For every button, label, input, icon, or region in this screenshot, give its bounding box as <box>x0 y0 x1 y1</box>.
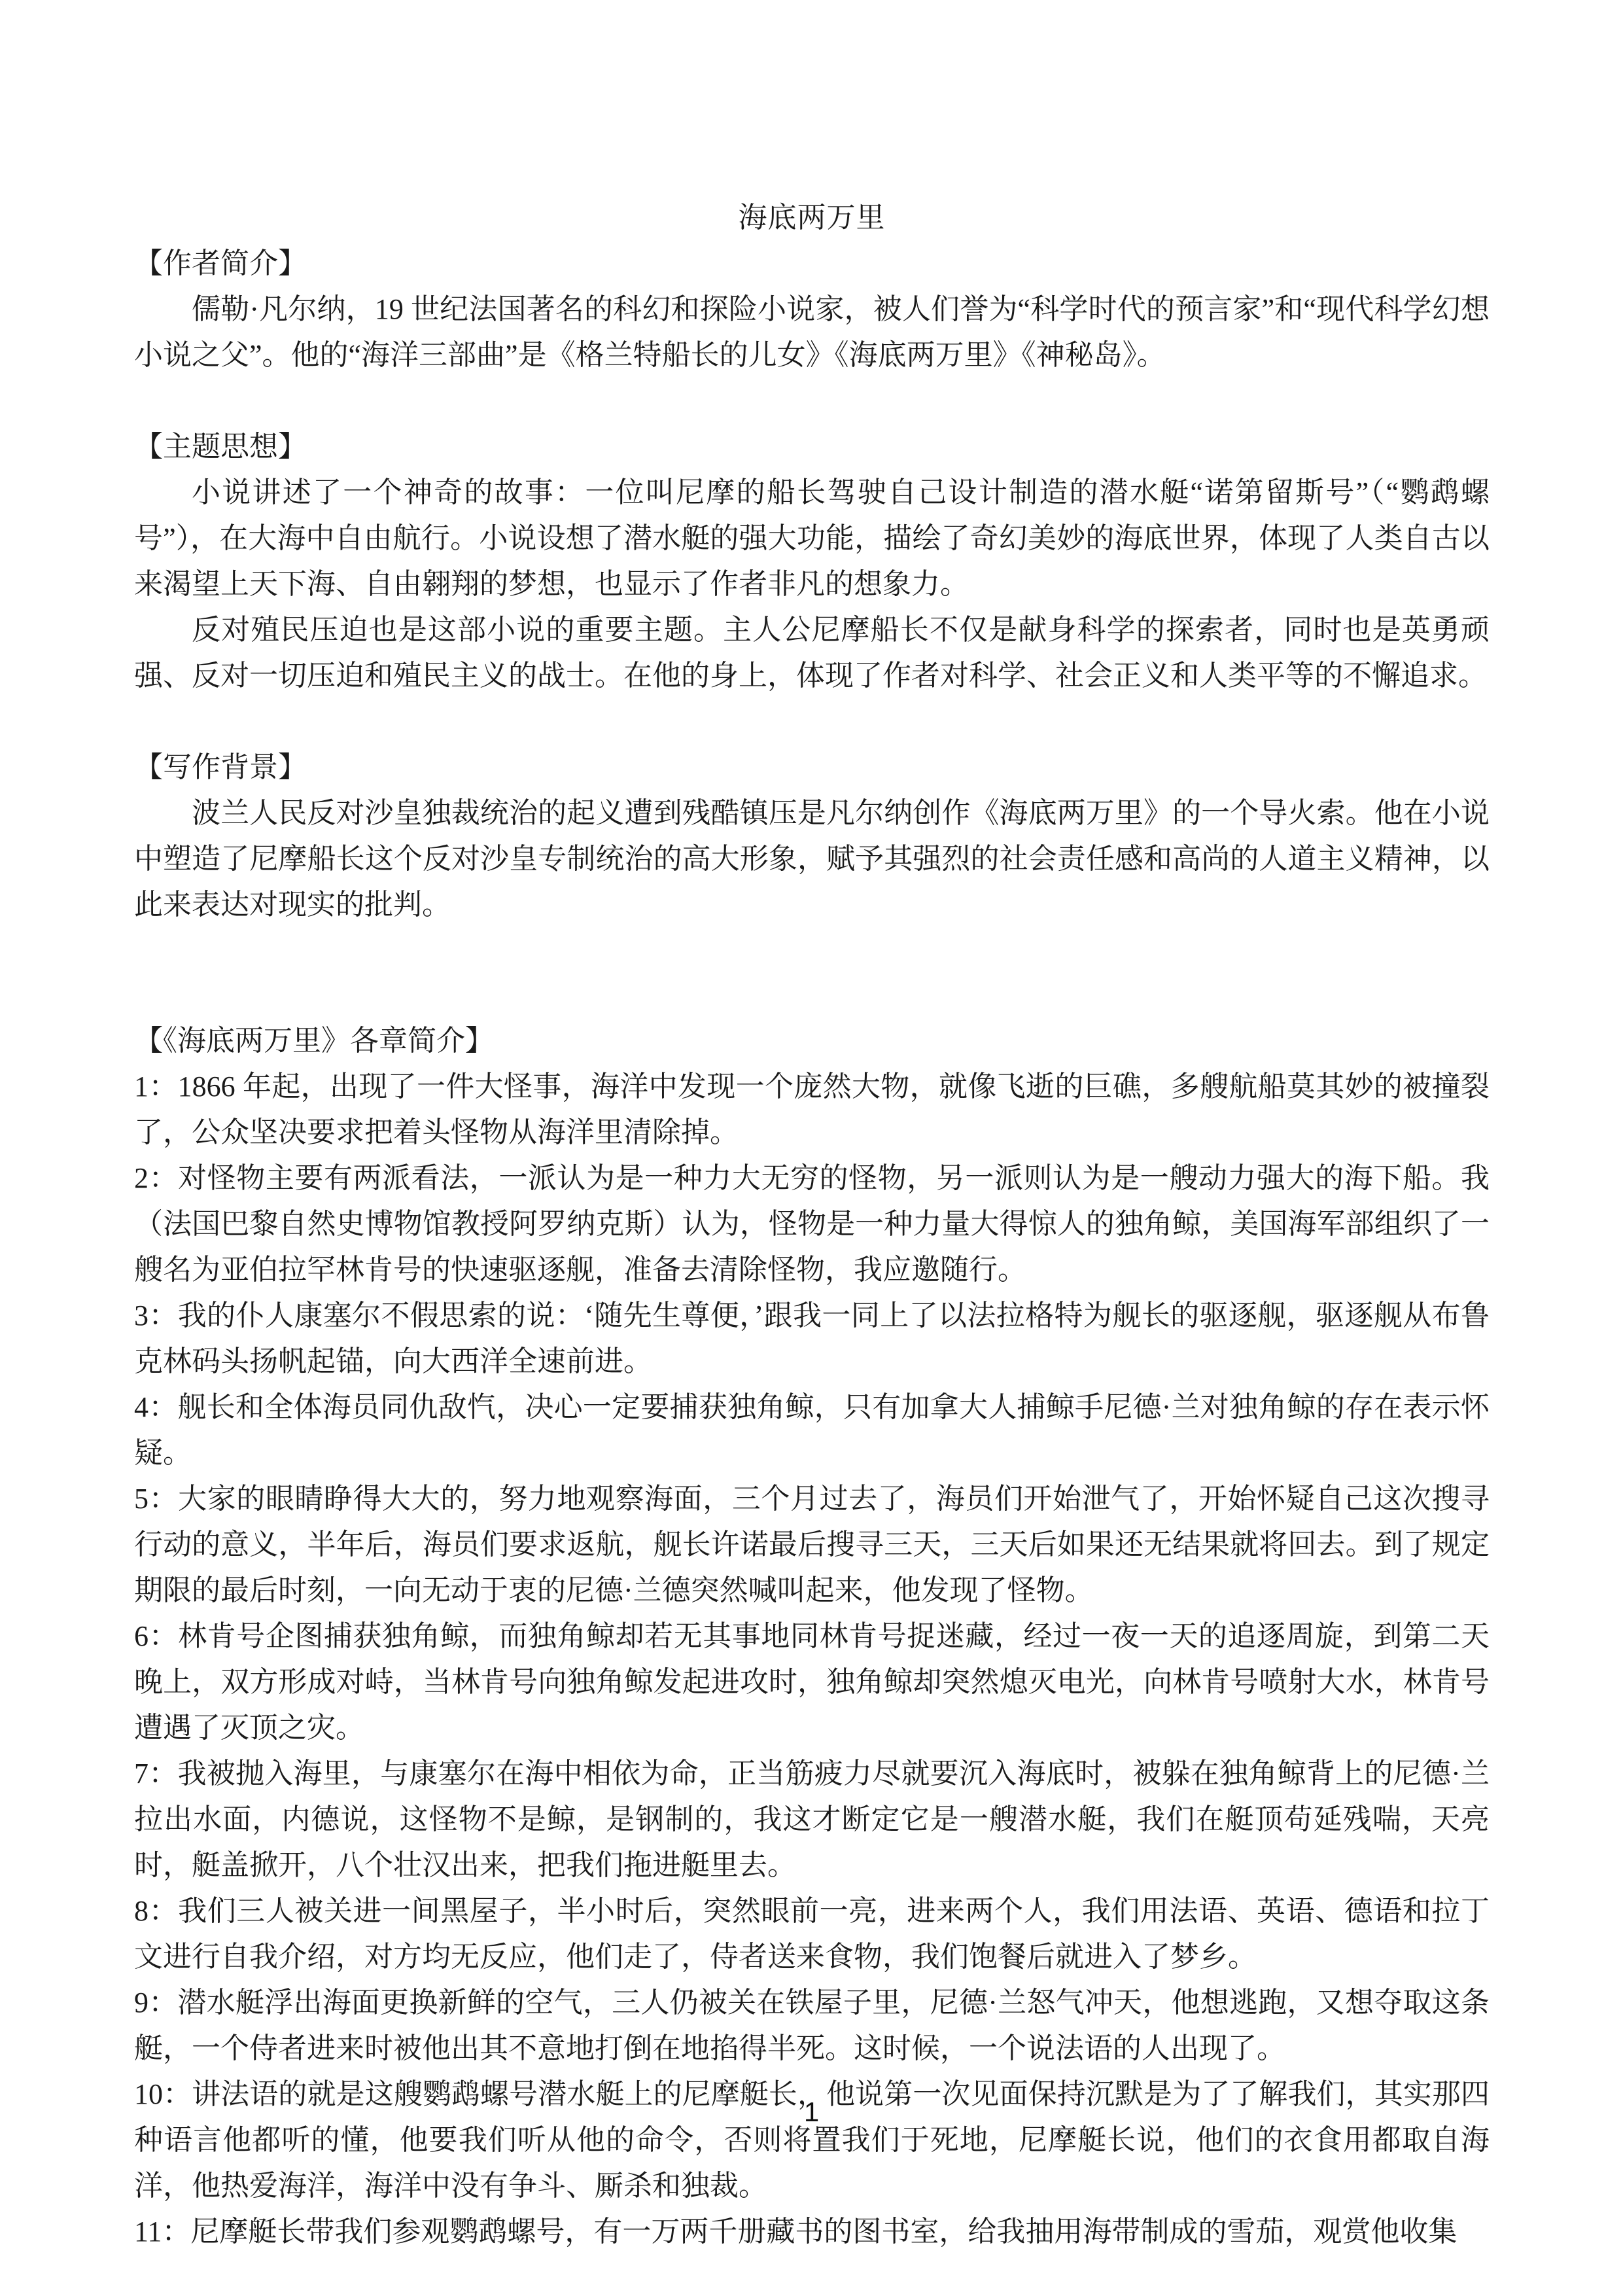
paragraph: 反对殖民压迫也是这部小说的重要主题。主人公尼摩船长不仅是献身科学的探索者，同时也… <box>134 607 1490 699</box>
page-number: 1 <box>0 2093 1623 2132</box>
chapter-item-6: 6：林肯号企图捕获独角鲸，而独角鲸却若无其事地同林肯号捉迷藏，经过一夜一天的追逐… <box>134 1614 1490 1751</box>
chapter-item-2: 2：对怪物主要有两派看法，一派认为是一种力大无穷的怪物，另一派则认为是一艘动力强… <box>134 1156 1490 1293</box>
document-page: 海底两万里 【作者简介】 儒勒·凡尔纳，19 世纪法国著名的科幻和探险小说家，被… <box>0 0 1623 2296</box>
section-header-chapter-summaries: 【《海底两万里》各章简介】 <box>134 1018 1490 1064</box>
chapter-item-9: 9：潜水艇浮出海面更换新鲜的空气，三人仍被关在铁屋子里，尼德·兰怒气冲天，他想逃… <box>134 1980 1490 2072</box>
chapter-item-5: 5：大家的眼睛睁得大大的，努力地观察海面，三个月过去了，海员们开始泄气了，开始怀… <box>134 1476 1490 1614</box>
section-header-background: 【写作背景】 <box>134 745 1490 790</box>
document-content: 海底两万里 【作者简介】 儒勒·凡尔纳，19 世纪法国著名的科幻和探险小说家，被… <box>134 195 1490 2255</box>
chapter-item-3: 3：我的仆人康塞尔不假思索的说：‘随先生尊便，’跟我一同上了以法拉格特为舰长的驱… <box>134 1293 1490 1385</box>
chapter-item-4: 4：舰长和全体海员同仇敌忾，决心一定要捕获独角鲸，只有加拿大人捕鲸手尼德·兰对独… <box>134 1385 1490 1476</box>
chapter-item-1: 1：1866 年起，出现了一件大怪事，海洋中发现一个庞然大物，就像飞逝的巨礁，多… <box>134 1064 1490 1156</box>
chapter-item-7: 7：我被抛入海里，与康塞尔在海中相依为命，正当筋疲力尽就要沉入海底时，被躲在独角… <box>134 1751 1490 1888</box>
chapter-item-8: 8：我们三人被关进一间黑屋子，半小时后，突然眼前一亮，进来两个人，我们用法语、英… <box>134 1888 1490 1980</box>
section-header-author-intro: 【作者简介】 <box>134 241 1490 287</box>
paragraph: 小说讲述了一个神奇的故事：一位叫尼摩的船长驾驶自己设计制造的潜水艇“诺第留斯号”… <box>134 470 1490 607</box>
section-header-theme: 【主题思想】 <box>134 424 1490 470</box>
paragraph: 儒勒·凡尔纳，19 世纪法国著名的科幻和探险小说家，被人们誉为“科学时代的预言家… <box>134 287 1490 378</box>
document-title: 海底两万里 <box>134 195 1490 241</box>
chapter-item-11: 11：尼摩艇长带我们参观鹦鹉螺号，有一万两千册藏书的图书室，给我抽用海带制成的雪… <box>134 2209 1490 2255</box>
paragraph: 波兰人民反对沙皇独裁统治的起义遭到残酷镇压是凡尔纳创作《海底两万里》的一个导火索… <box>134 790 1490 928</box>
